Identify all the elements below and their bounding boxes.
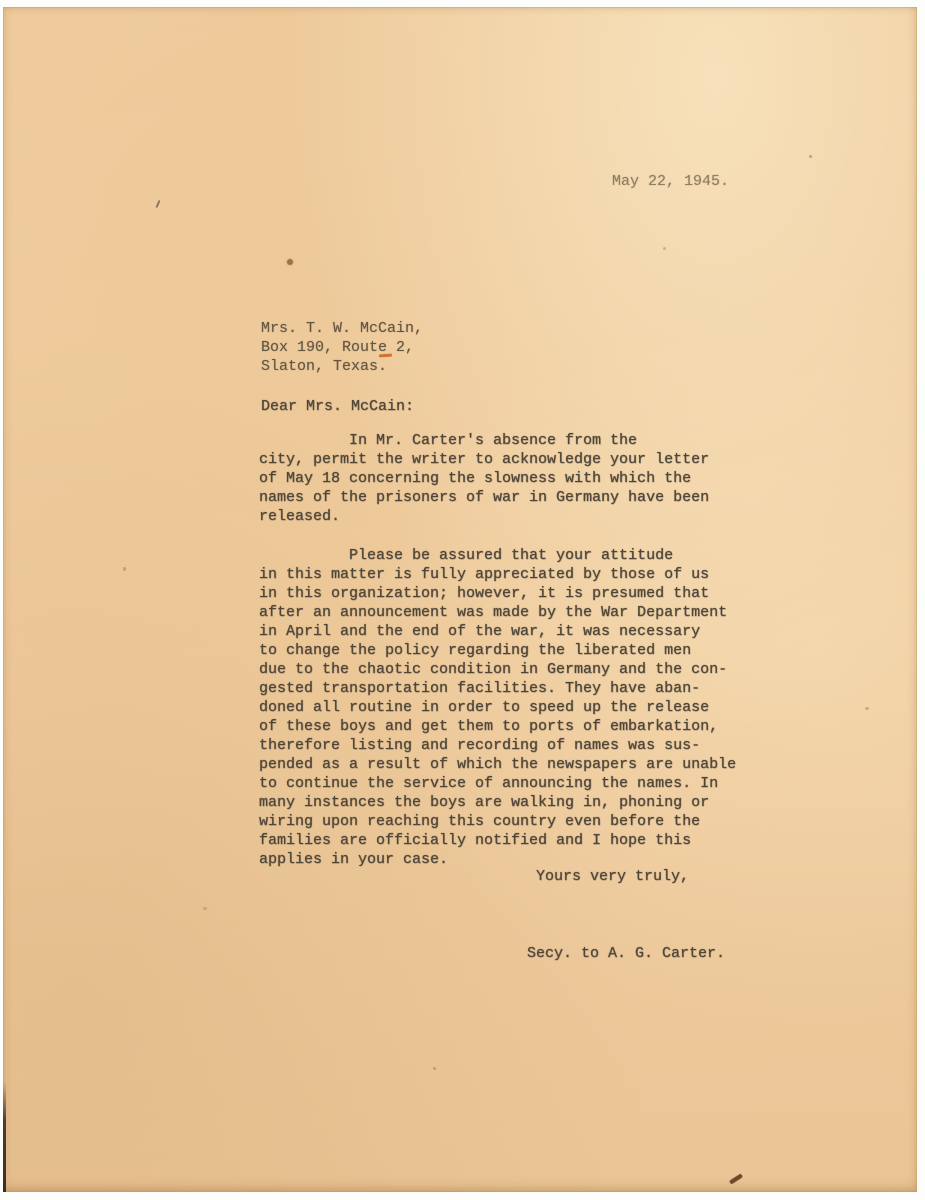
- paper-edge-shadow: [3, 1082, 6, 1192]
- ink-smudge: [729, 1174, 743, 1185]
- text-line: to continue the service of announcing th…: [259, 774, 736, 793]
- text-line: city, permit the writer to acknowledge y…: [259, 450, 709, 469]
- signature-line: Secy. to A. G. Carter.: [527, 944, 725, 963]
- paper-speck: [663, 247, 666, 250]
- paper-speck: [287, 259, 293, 265]
- paper-speck: [809, 155, 812, 158]
- ink-smudge: [155, 200, 160, 208]
- text-line: in this organization; however, it is pre…: [259, 584, 736, 603]
- text-line: doned all routine in order to speed up t…: [259, 698, 736, 717]
- paper-speck: [865, 707, 869, 710]
- text-line: due to the chaotic condition in Germany …: [259, 660, 736, 679]
- letter-date: May 22, 1945.: [612, 172, 729, 191]
- text-line: gested transportation facilities. They h…: [259, 679, 736, 698]
- text-line: of these boys and get them to ports of e…: [259, 717, 736, 736]
- recipient-address: Mrs. T. W. McCain,Box 190, Route 2,Slato…: [261, 319, 423, 376]
- text-line: names of the prisoners of war in Germany…: [259, 488, 709, 507]
- text-line: Please be assured that your attitude: [259, 546, 736, 565]
- text-line: Mrs. T. W. McCain,: [261, 319, 423, 338]
- text-line: families are officially notified and I h…: [259, 831, 736, 850]
- salutation: Dear Mrs. McCain:: [261, 397, 414, 416]
- scanned-letter: May 22, 1945. Mrs. T. W. McCain,Box 190,…: [0, 0, 925, 1200]
- text-line: released.: [259, 507, 709, 526]
- paper-speck: [433, 1067, 436, 1070]
- text-line: to change the policy regarding the liber…: [259, 641, 736, 660]
- paper-speck: [203, 907, 207, 910]
- text-line: many instances the boys are walking in, …: [259, 793, 736, 812]
- letter-paper: May 22, 1945. Mrs. T. W. McCain,Box 190,…: [3, 7, 917, 1192]
- text-line: after an announcement was made by the Wa…: [259, 603, 736, 622]
- text-line: in April and the end of the war, it was …: [259, 622, 736, 641]
- paper-speck: [123, 567, 126, 571]
- text-line: pended as a result of which the newspape…: [259, 755, 736, 774]
- paragraph-1: In Mr. Carter's absence from thecity, pe…: [259, 431, 709, 526]
- text-line: Box 190, Route 2,: [261, 338, 423, 357]
- closing: Yours very truly,: [536, 867, 689, 886]
- paragraph-2: Please be assured that your attitudein t…: [259, 546, 736, 869]
- text-line: In Mr. Carter's absence from the: [259, 431, 709, 450]
- text-line: therefore listing and recording of names…: [259, 736, 736, 755]
- text-line: Slaton, Texas.: [261, 357, 423, 376]
- text-line: in this matter is fully appreciated by t…: [259, 565, 736, 584]
- text-line: of May 18 concerning the slowness with w…: [259, 469, 709, 488]
- text-line: wiring upon reaching this country even b…: [259, 812, 736, 831]
